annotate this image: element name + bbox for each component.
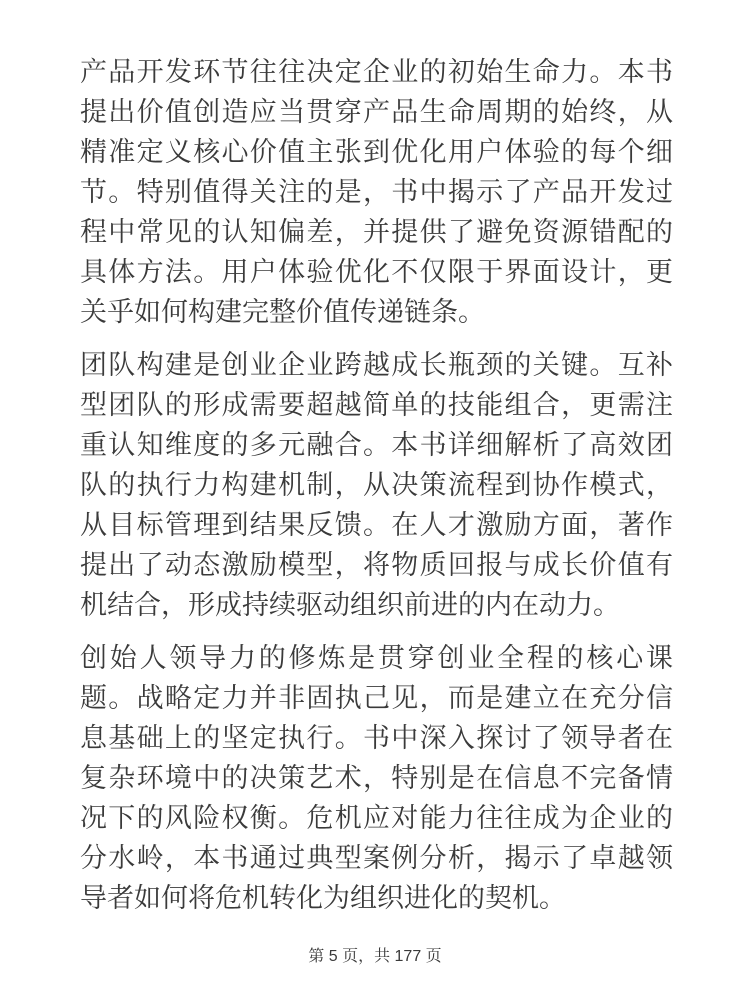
document-page: 产品开发环节往往决定企业的初始生命力。本书提出价值创造应当贯穿产品生命周期的始终… (0, 0, 750, 1000)
paragraph-product-development: 产品开发环节往往决定企业的初始生命力。本书提出价值创造应当贯穿产品生命周期的始终… (80, 52, 673, 332)
page-number-footer: 第 5 页，共 177 页 (0, 947, 750, 967)
paragraph-founder-leadership: 创始人领导力的修炼是贯穿创业全程的核心课题。战略定力并非固执己见，而是建立在充分… (80, 638, 673, 918)
paragraph-team-building: 团队构建是创业企业跨越成长瓶颈的关键。互补型团队的形成需要超越简单的技能组合，更… (80, 345, 673, 625)
document-body: 产品开发环节往往决定企业的初始生命力。本书提出价值创造应当贯穿产品生命周期的始终… (80, 52, 673, 918)
